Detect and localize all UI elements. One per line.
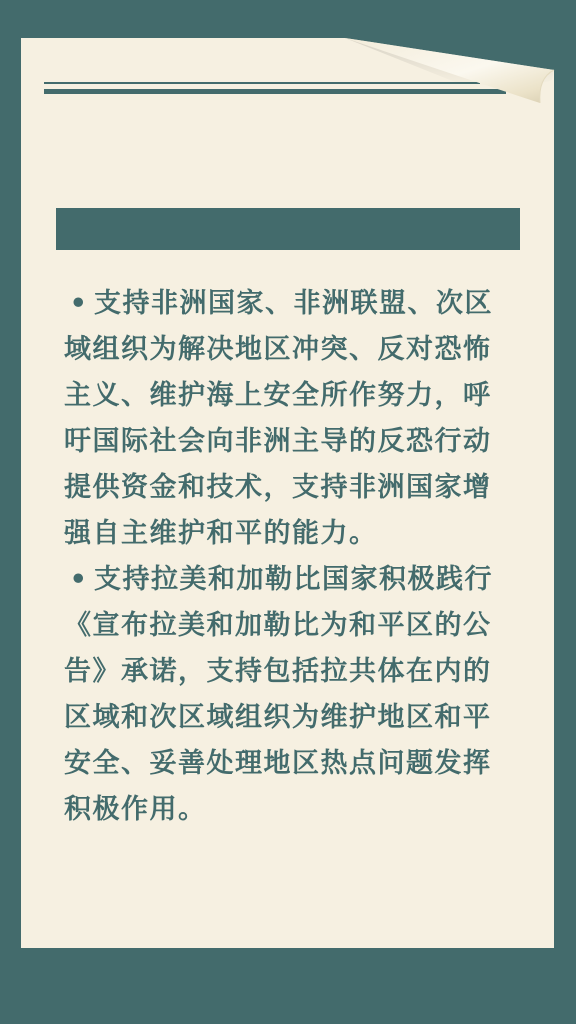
decorative-rule-thick [44, 89, 506, 94]
body-content: •支持非洲国家、非洲联盟、次区域组织为解决地区冲突、反对恐怖主义、维护海上安全所… [64, 281, 494, 833]
paragraph-text: 支持非洲国家、非洲联盟、次区域组织为解决地区冲突、反对恐怖主义、维护海上安全所作… [64, 288, 493, 549]
bullet-icon: • [64, 557, 94, 603]
decorative-rule-thin [44, 82, 480, 84]
paragraph-text: 支持拉美和加勒比国家积极践行《宣布拉美和加勒比为和平区的公告》承诺，支持包括拉共… [64, 564, 493, 825]
paragraph-latin-america: •支持拉美和加勒比国家积极践行《宣布拉美和加勒比为和平区的公告》承诺，支持包括拉… [64, 557, 494, 833]
bullet-icon: • [64, 281, 94, 327]
section-banner [56, 208, 520, 250]
paragraph-africa: •支持非洲国家、非洲联盟、次区域组织为解决地区冲突、反对恐怖主义、维护海上安全所… [64, 281, 494, 557]
